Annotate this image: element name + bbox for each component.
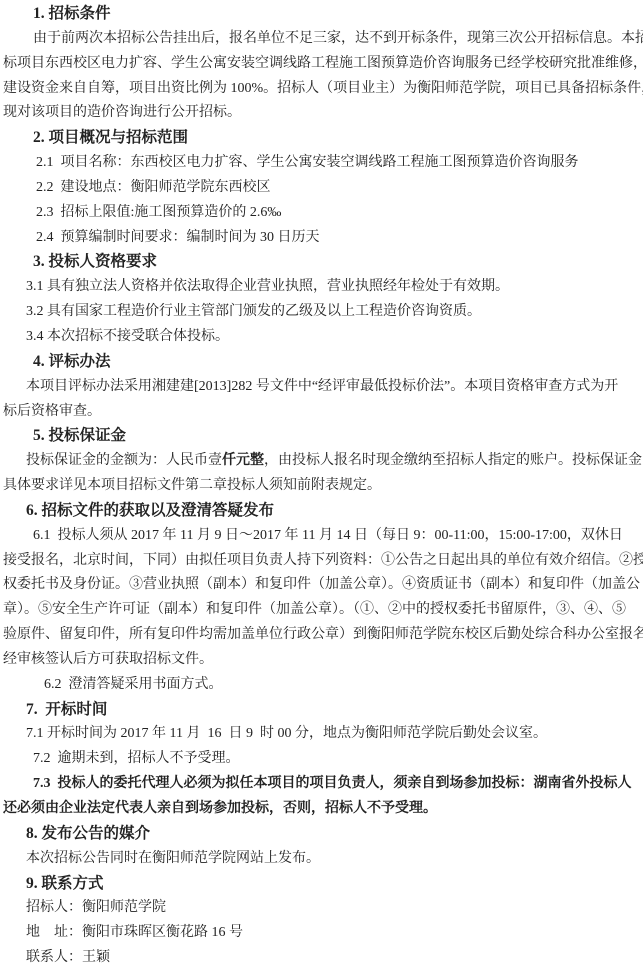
text-line: 3.1 具有独立法人资格并依法取得企业营业执照，营业执照经年检处于有效期。 bbox=[0, 275, 643, 300]
text-line: 建设资金来自自筹，项目出资比例为 100%。招标人（项目业主）为衡阳师范学院，项… bbox=[0, 77, 643, 102]
text-line: 2.4 预算编制时间要求：编制时间为 30 日历天 bbox=[0, 226, 643, 251]
text-line: 地 址：衡阳市珠晖区衡花路 16 号 bbox=[0, 921, 643, 946]
text-line: 3.2 具有国家工程造价行业主管部门颁发的乙级及以上工程造价咨询资质。 bbox=[0, 300, 643, 325]
text-line: 还必须由企业法定代表人亲自到场参加投标，否则，招标人不予受理。 bbox=[0, 797, 643, 822]
text-line: 本项目评标办法采用湘建建[2013]282 号文件中“经评审最低投标价法”。本项… bbox=[0, 375, 643, 400]
section-heading: 5. 投标保证金 bbox=[0, 424, 643, 449]
text-segment: ，由投标人报名时现金缴纳至招标人指定的账户。投标保证金 bbox=[264, 453, 642, 468]
text-segment: 仟元整 bbox=[222, 453, 264, 468]
document-page: 1. 招标条件由于前两次本招标公告挂出后，报名单位不足三家，达不到开标条件，现第… bbox=[0, 0, 643, 973]
text-line: 招标人：衡阳师范学院 bbox=[0, 896, 643, 921]
text-line: 7.1 开标时间为 2017 年 11 月 16 日 9 时 00 分，地点为衡… bbox=[0, 722, 643, 747]
text-line: 3.4 本次招标不接受联合体投标。 bbox=[0, 325, 643, 350]
text-line: 验原件、留复印件，所有复印件均需加盖单位行政公章）到衡阳师范学院东校区后勤处综合… bbox=[0, 623, 643, 648]
text-line: 投标保证金的金额为：人民币壹仟元整，由投标人报名时现金缴纳至招标人指定的账户。投… bbox=[0, 449, 643, 474]
text-line: 7.3 投标人的委托代理人必须为拟任本项目的项目负责人，须亲自到场参加投标：湖南… bbox=[0, 772, 643, 797]
text-line: 本次招标公告同时在衡阳师范学院网站上发布。 bbox=[0, 847, 643, 872]
text-line: 2.2 建设地点：衡阳师范学院东西校区 bbox=[0, 176, 643, 201]
text-line: 6.2 澄清答疑采用书面方式。 bbox=[0, 673, 643, 698]
section-heading: 9. 联系方式 bbox=[0, 872, 643, 897]
section-heading: 8. 发布公告的媒介 bbox=[0, 822, 643, 847]
text-line: 权委托书及身份证。③营业执照（副本）和复印件（加盖公章）。④资质证书（副本）和复… bbox=[0, 573, 643, 598]
text-line: 由于前两次本招标公告挂出后，报名单位不足三家，达不到开标条件，现第三次公开招标信… bbox=[0, 27, 643, 52]
text-line: 标后资格审查。 bbox=[0, 400, 643, 425]
text-line: 2.3 招标上限值:施工图预算造价的 2.6‰ bbox=[0, 201, 643, 226]
section-heading: 1. 招标条件 bbox=[0, 2, 643, 27]
section-heading: 4. 评标办法 bbox=[0, 350, 643, 375]
text-line: 章）。⑤安全生产许可证（副本）和复印件（加盖公章）。（①、②中的授权委托书留原件… bbox=[0, 598, 643, 623]
text-line: 7.2 逾期未到，招标人不予受理。 bbox=[0, 747, 643, 772]
text-line: 具体要求详见本项目招标文件第二章投标人须知前附表规定。 bbox=[0, 474, 643, 499]
text-line: 联系人：王颖 bbox=[0, 946, 643, 971]
section-heading: 6. 招标文件的获取以及澄清答疑发布 bbox=[0, 499, 643, 524]
text-segment: 投标保证金的金额为：人民币壹 bbox=[26, 453, 222, 468]
text-line: 接受报名，北京时间，下同）由拟任项目负责人持下列资料：①公告之日起出具的单位有效… bbox=[0, 549, 643, 574]
text-line: 6.1 投标人须从 2017 年 11 月 9 日～2017 年 11 月 14… bbox=[0, 524, 643, 549]
text-line: 经审核签认后方可获取招标文件。 bbox=[0, 648, 643, 673]
text-line: 现对该项目的造价咨询进行公开招标。 bbox=[0, 101, 643, 126]
text-line: 标项目东西校区电力扩容、学生公寓安装空调线路工程施工图预算造价咨询服务已经学校研… bbox=[0, 52, 643, 77]
section-heading: 3. 投标人资格要求 bbox=[0, 250, 643, 275]
text-line: 2.1 项目名称：东西校区电力扩容、学生公寓安装空调线路工程施工图预算造价咨询服… bbox=[0, 151, 643, 176]
section-heading: 7. 开标时间 bbox=[0, 698, 643, 723]
section-heading: 2. 项目概况与招标范围 bbox=[0, 126, 643, 151]
